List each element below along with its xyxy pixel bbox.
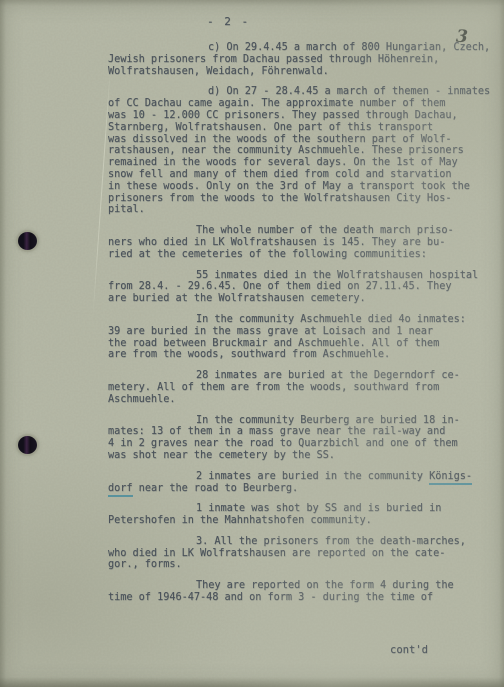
paragraph-march-c: c) On 29.4.45 a march of 800 Hungarian, … [108, 42, 494, 77]
koenigsdorf-underlined-part2: dorf [108, 483, 133, 497]
koenigsdorf-line2-text: near the road to Beurberg. [133, 483, 299, 494]
page-number: - 2 - [207, 15, 250, 28]
paragraph-march-d: d) On 27 - 28.4.45 a march of themen - i… [108, 86, 494, 216]
koenigsdorf-underlined-part1: Königs- [429, 471, 472, 485]
paragraph-total-died: The whole number of the death march pris… [108, 225, 494, 260]
handwritten-page-mark: 3 [455, 27, 468, 48]
paragraph-beurberg: In the community Beurberg are buried 18 … [108, 415, 494, 462]
paragraph-koenigsdorf: 2 inmates are buried in the community Kö… [108, 471, 494, 495]
paragraph-forms-years: They are reported on the form 4 during t… [108, 580, 494, 604]
paragraph-category-forms: 3. All the prisoners from the death-marc… [108, 536, 494, 571]
koenigsdorf-line1-text: 2 inmates are buried in the community [196, 471, 429, 482]
continuation-label: cont'd [390, 644, 428, 656]
paragraph-degerndorf: 28 inmates are buried at the Degerndorf … [108, 370, 494, 405]
punch-hole-top [18, 232, 37, 250]
paragraph-aschmuehle: In the community Aschmuehle died 4o inma… [108, 314, 494, 361]
punch-hole-bottom [18, 436, 37, 454]
scanned-document-page: - 2 - c) On 29.4.45 a march of 800 Hunga… [0, 0, 504, 687]
document-body: c) On 29.4.45 a march of 800 Hungarian, … [108, 42, 494, 613]
paragraph-petershofen: 1 inmate was shot by SS and is buried in… [108, 503, 494, 527]
paragraph-hospital: 55 inmates died in the Wolfratshausen ho… [108, 270, 494, 305]
